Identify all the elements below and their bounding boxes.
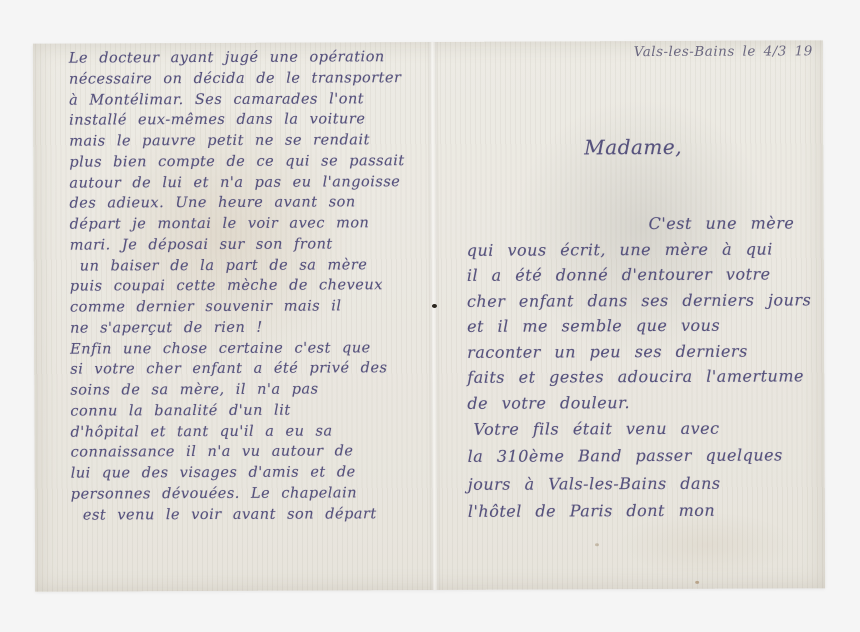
handwritten-line: soins de sa mère, il n'a pas xyxy=(70,379,436,401)
handwritten-line: connaissance il n'a vu autour de xyxy=(71,441,437,463)
handwritten-line: connu la banalité d'un lit xyxy=(70,400,436,422)
handwritten-line: nécessaire on décida de le transporter xyxy=(69,68,435,90)
handwritten-line: d'hôpital et tant qu'il a eu sa xyxy=(70,420,436,442)
handwritten-line: Le docteur ayant jugé une opération xyxy=(69,47,435,69)
dateline: Vals-les-Bains le 4/3 19 xyxy=(634,43,813,60)
letter-body-right: C'est une mère qui vous écrit, une mère … xyxy=(467,210,824,525)
handwritten-line: faits et gestes adoucira l'amertume xyxy=(467,363,823,390)
handwritten-line: puis coupai cette mèche de cheveux xyxy=(70,275,436,297)
handwritten-line: départ je montai le voir avec mon xyxy=(70,213,436,235)
handwritten-line: et il me semble que vous xyxy=(467,312,823,339)
handwritten-line: mais le pauvre petit ne se rendait xyxy=(69,130,435,152)
letter-page-right: Vals-les-Bains le 4/3 19 Madame, C'est u… xyxy=(436,40,825,590)
handwritten-line: cher enfant dans ses derniers jours xyxy=(467,287,823,314)
handwritten-line: plus bien compte de ce qui se passait xyxy=(69,151,435,173)
handwritten-line: ne s'aperçut de rien ! xyxy=(70,317,436,339)
handwritten-line: jours à Vals-les-Bains dans xyxy=(468,469,824,498)
letter-paper: Le docteur ayant jugé une opération néce… xyxy=(33,40,825,591)
handwritten-line: Votre fils était venu avec xyxy=(467,414,823,443)
letter-photo: Le docteur ayant jugé une opération néce… xyxy=(0,0,860,632)
handwritten-line: Enfin une chose certaine c'est que xyxy=(70,337,436,359)
handwritten-line: un baiser de la part de sa mère xyxy=(70,254,436,276)
handwritten-line: la 310ème Band passer quelques xyxy=(468,441,824,470)
handwritten-line: personnes dévouées. Le chapelain xyxy=(71,483,437,505)
handwritten-line: l'hôtel de Paris dont mon xyxy=(468,496,824,525)
handwritten-line: à Montélimar. Ses camarades l'ont xyxy=(69,88,435,110)
handwritten-line: comme dernier souvenir mais il xyxy=(70,296,436,318)
handwritten-line: autour de lui et n'a pas eu l'angoisse xyxy=(69,171,435,193)
handwritten-line: il a été donné d'entourer votre xyxy=(467,261,823,288)
letter-page-left: Le docteur ayant jugé une opération néce… xyxy=(69,47,437,583)
handwritten-line: de votre douleur. xyxy=(467,389,823,416)
handwritten-line: mari. Je déposai sur son front xyxy=(70,234,436,256)
handwritten-line: raconter un peu ses derniers xyxy=(467,338,823,365)
salutation: Madame, xyxy=(584,135,682,159)
handwritten-line: si votre cher enfant a été privé des xyxy=(70,358,436,380)
handwritten-line: C'est une mère xyxy=(467,210,823,237)
handwritten-line: lui que des visages d'amis et de xyxy=(71,462,437,484)
handwritten-line: des adieux. Une heure avant son xyxy=(69,192,435,214)
handwritten-line: qui vous écrit, une mère à qui xyxy=(467,236,823,263)
handwritten-line: est venu le voir avant son départ xyxy=(71,503,437,525)
handwritten-line: installé eux-mêmes dans la voiture xyxy=(69,109,435,131)
